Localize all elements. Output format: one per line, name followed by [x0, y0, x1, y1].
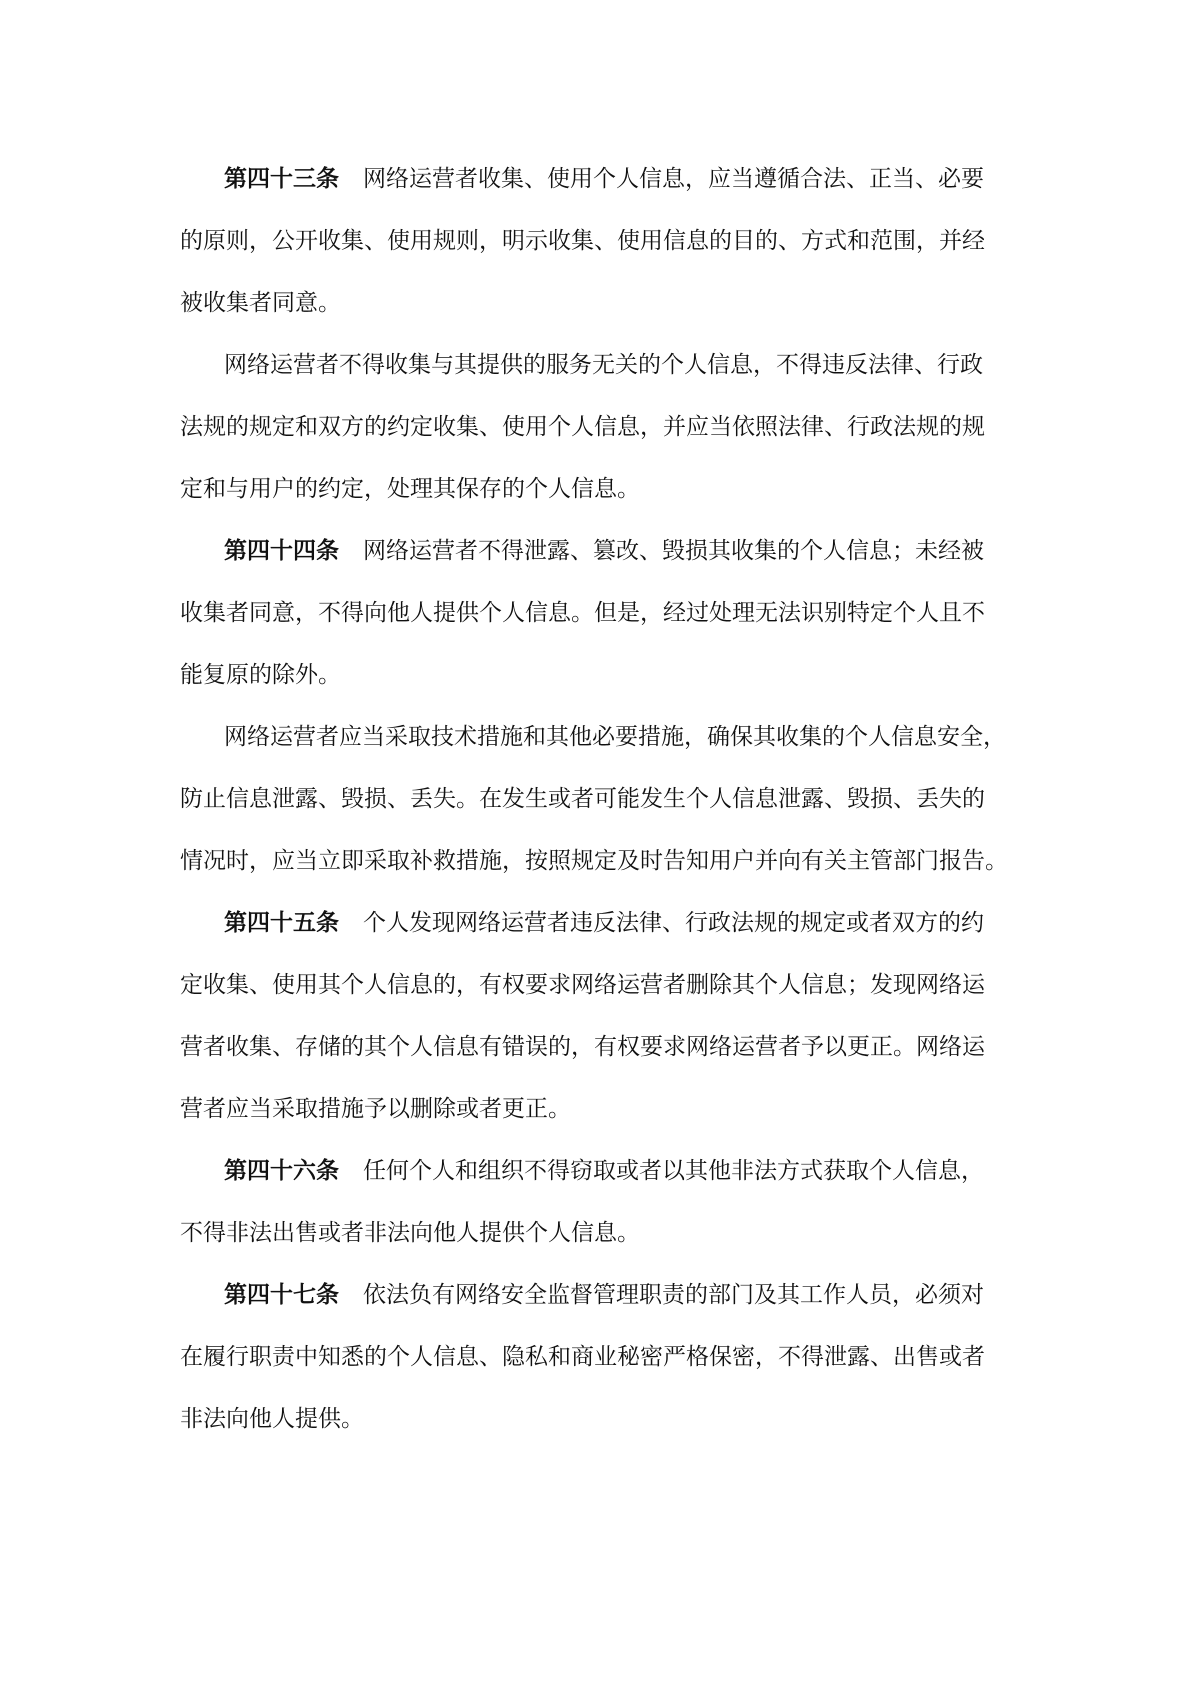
paragraph-article-45: 第四十五条个人发现网络运营者违反法律、行政法规的规定或者双方的约 定收集、使用其… [180, 892, 1030, 1140]
text-line: 情况时，应当立即采取补救措施，按照规定及时告知用户并向有关主管部门报告。 [180, 830, 1030, 892]
line-text: 网络运营者不得泄露、篡改、毁损其收集的个人信息；未经被 [363, 538, 984, 564]
text-line: 第四十七条依法负有网络安全监督管理职责的部门及其工作人员，必须对 [180, 1264, 1030, 1326]
article-title: 第四十四条 [224, 538, 339, 564]
text-line: 在履行职责中知悉的个人信息、隐私和商业秘密严格保密，不得泄露、出售或者 [180, 1326, 1030, 1388]
text-line: 定收集、使用其个人信息的，有权要求网络运营者删除其个人信息；发现网络运 [180, 954, 1030, 1016]
text-line: 第四十五条个人发现网络运营者违反法律、行政法规的规定或者双方的约 [180, 892, 1030, 954]
document-page: 第四十三条网络运营者收集、使用个人信息，应当遵循合法、正当、必要 的原则，公开收… [0, 0, 1191, 1684]
text-line: 能复原的除外。 [180, 644, 1030, 706]
text-line: 第四十三条网络运营者收集、使用个人信息，应当遵循合法、正当、必要 [180, 148, 1030, 210]
paragraph-article-43: 第四十三条网络运营者收集、使用个人信息，应当遵循合法、正当、必要 的原则，公开收… [180, 148, 1030, 334]
text-line: 被收集者同意。 [180, 272, 1030, 334]
paragraph-article-47: 第四十七条依法负有网络安全监督管理职责的部门及其工作人员，必须对 在履行职责中知… [180, 1264, 1030, 1450]
text-line: 第四十四条网络运营者不得泄露、篡改、毁损其收集的个人信息；未经被 [180, 520, 1030, 582]
paragraph-article-44: 第四十四条网络运营者不得泄露、篡改、毁损其收集的个人信息；未经被 收集者同意，不… [180, 520, 1030, 706]
text-line: 营者应当采取措施予以删除或者更正。 [180, 1078, 1030, 1140]
line-text: 网络运营者收集、使用个人信息，应当遵循合法、正当、必要 [363, 166, 984, 192]
text-line: 营者收集、存储的其个人信息有错误的，有权要求网络运营者予以更正。网络运 [180, 1016, 1030, 1078]
article-title: 第四十五条 [224, 910, 339, 936]
text-line: 第四十六条任何个人和组织不得窃取或者以其他非法方式获取个人信息， [180, 1140, 1030, 1202]
document-body: 第四十三条网络运营者收集、使用个人信息，应当遵循合法、正当、必要 的原则，公开收… [180, 148, 1030, 1450]
text-line: 收集者同意，不得向他人提供个人信息。但是，经过处理无法识别特定个人且不 [180, 582, 1030, 644]
article-title: 第四十七条 [224, 1282, 339, 1308]
text-line: 网络运营者不得收集与其提供的服务无关的个人信息，不得违反法律、行政 [180, 334, 1030, 396]
line-text: 依法负有网络安全监督管理职责的部门及其工作人员，必须对 [363, 1282, 984, 1308]
line-text: 任何个人和组织不得窃取或者以其他非法方式获取个人信息， [363, 1158, 984, 1184]
line-text: 个人发现网络运营者违反法律、行政法规的规定或者双方的约 [363, 910, 984, 936]
paragraph-article-46: 第四十六条任何个人和组织不得窃取或者以其他非法方式获取个人信息， 不得非法出售或… [180, 1140, 1030, 1264]
text-line: 定和与用户的约定，处理其保存的个人信息。 [180, 458, 1030, 520]
text-line: 法规的规定和双方的约定收集、使用个人信息，并应当依照法律、行政法规的规 [180, 396, 1030, 458]
text-line: 不得非法出售或者非法向他人提供个人信息。 [180, 1202, 1030, 1264]
text-line: 的原则，公开收集、使用规则，明示收集、使用信息的目的、方式和范围，并经 [180, 210, 1030, 272]
paragraph-article-44-clause-2: 网络运营者应当采取技术措施和其他必要措施，确保其收集的个人信息安全， 防止信息泄… [180, 706, 1030, 892]
article-title: 第四十六条 [224, 1158, 339, 1184]
text-line: 非法向他人提供。 [180, 1388, 1030, 1450]
article-title: 第四十三条 [224, 166, 339, 192]
text-line: 网络运营者应当采取技术措施和其他必要措施，确保其收集的个人信息安全， [180, 706, 1030, 768]
paragraph-article-43-clause-2: 网络运营者不得收集与其提供的服务无关的个人信息，不得违反法律、行政 法规的规定和… [180, 334, 1030, 520]
text-line: 防止信息泄露、毁损、丢失。在发生或者可能发生个人信息泄露、毁损、丢失的 [180, 768, 1030, 830]
